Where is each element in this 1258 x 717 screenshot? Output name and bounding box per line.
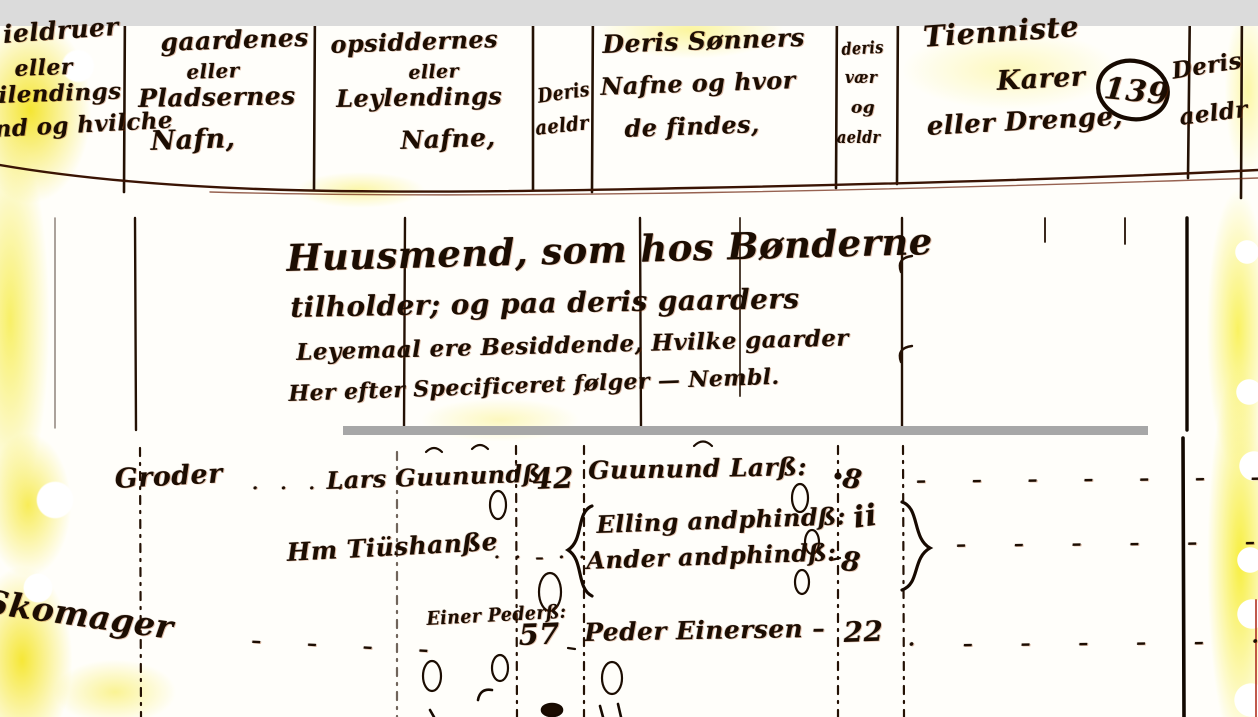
header-col3-line2: eller — [408, 60, 459, 84]
header-underline-curve — [0, 165, 1258, 195]
header-col2-line2: eller — [186, 58, 240, 84]
header-col1-line2: eller — [14, 54, 73, 82]
header-col5-line3: de findes, — [624, 109, 760, 143]
header-col6-line1: deris — [841, 38, 884, 60]
header-col6-line3: og — [851, 98, 875, 118]
row1-trailing-dashes: – – – – – – – — [916, 465, 1258, 492]
header-col6-line4: aeldr — [837, 128, 880, 148]
page-number: 139 — [1102, 71, 1163, 112]
bottom-edge-partial-ink — [430, 690, 621, 717]
row3-trailing-dashes: · – – – – – · — [908, 629, 1258, 656]
header-col2-line3: Pladsernes — [138, 81, 296, 113]
header-col3-line3: Leylendings — [336, 81, 502, 113]
row1-son-name: Guunund Larß: — [588, 452, 807, 485]
row3-son-age: 22 — [843, 615, 884, 649]
row3-son-name: Peder Einersen – — [584, 614, 825, 647]
row1-opsidder-age: 42 — [532, 461, 574, 496]
row2-son1-age: ii — [851, 498, 879, 536]
header-col6-line2: vær — [845, 68, 877, 88]
header-col2-line1: gaardenes — [160, 23, 309, 57]
row2-trailing-dashes: – – – – – – — [956, 529, 1255, 556]
header-col1-line3: ilendings — [0, 78, 122, 109]
header-col3-line4: Nafne, — [400, 123, 496, 155]
row1-farm-name: Groder — [114, 458, 223, 495]
header-col3-line1: opsiddernes — [330, 24, 498, 59]
header-col7-line2: Karer — [996, 61, 1086, 97]
census-page-scan: ieldruer eller ilendings nd og hvilche g… — [0, 0, 1258, 717]
row2-leader-dots: · · – · · — [494, 548, 585, 568]
header-col2-line4: Nafn, — [150, 123, 236, 157]
scan-seam-band-middle-dark — [343, 426, 1148, 435]
row3-opsidder-age: 57 — [518, 617, 560, 652]
row2-son2-age: 8 — [840, 546, 862, 579]
